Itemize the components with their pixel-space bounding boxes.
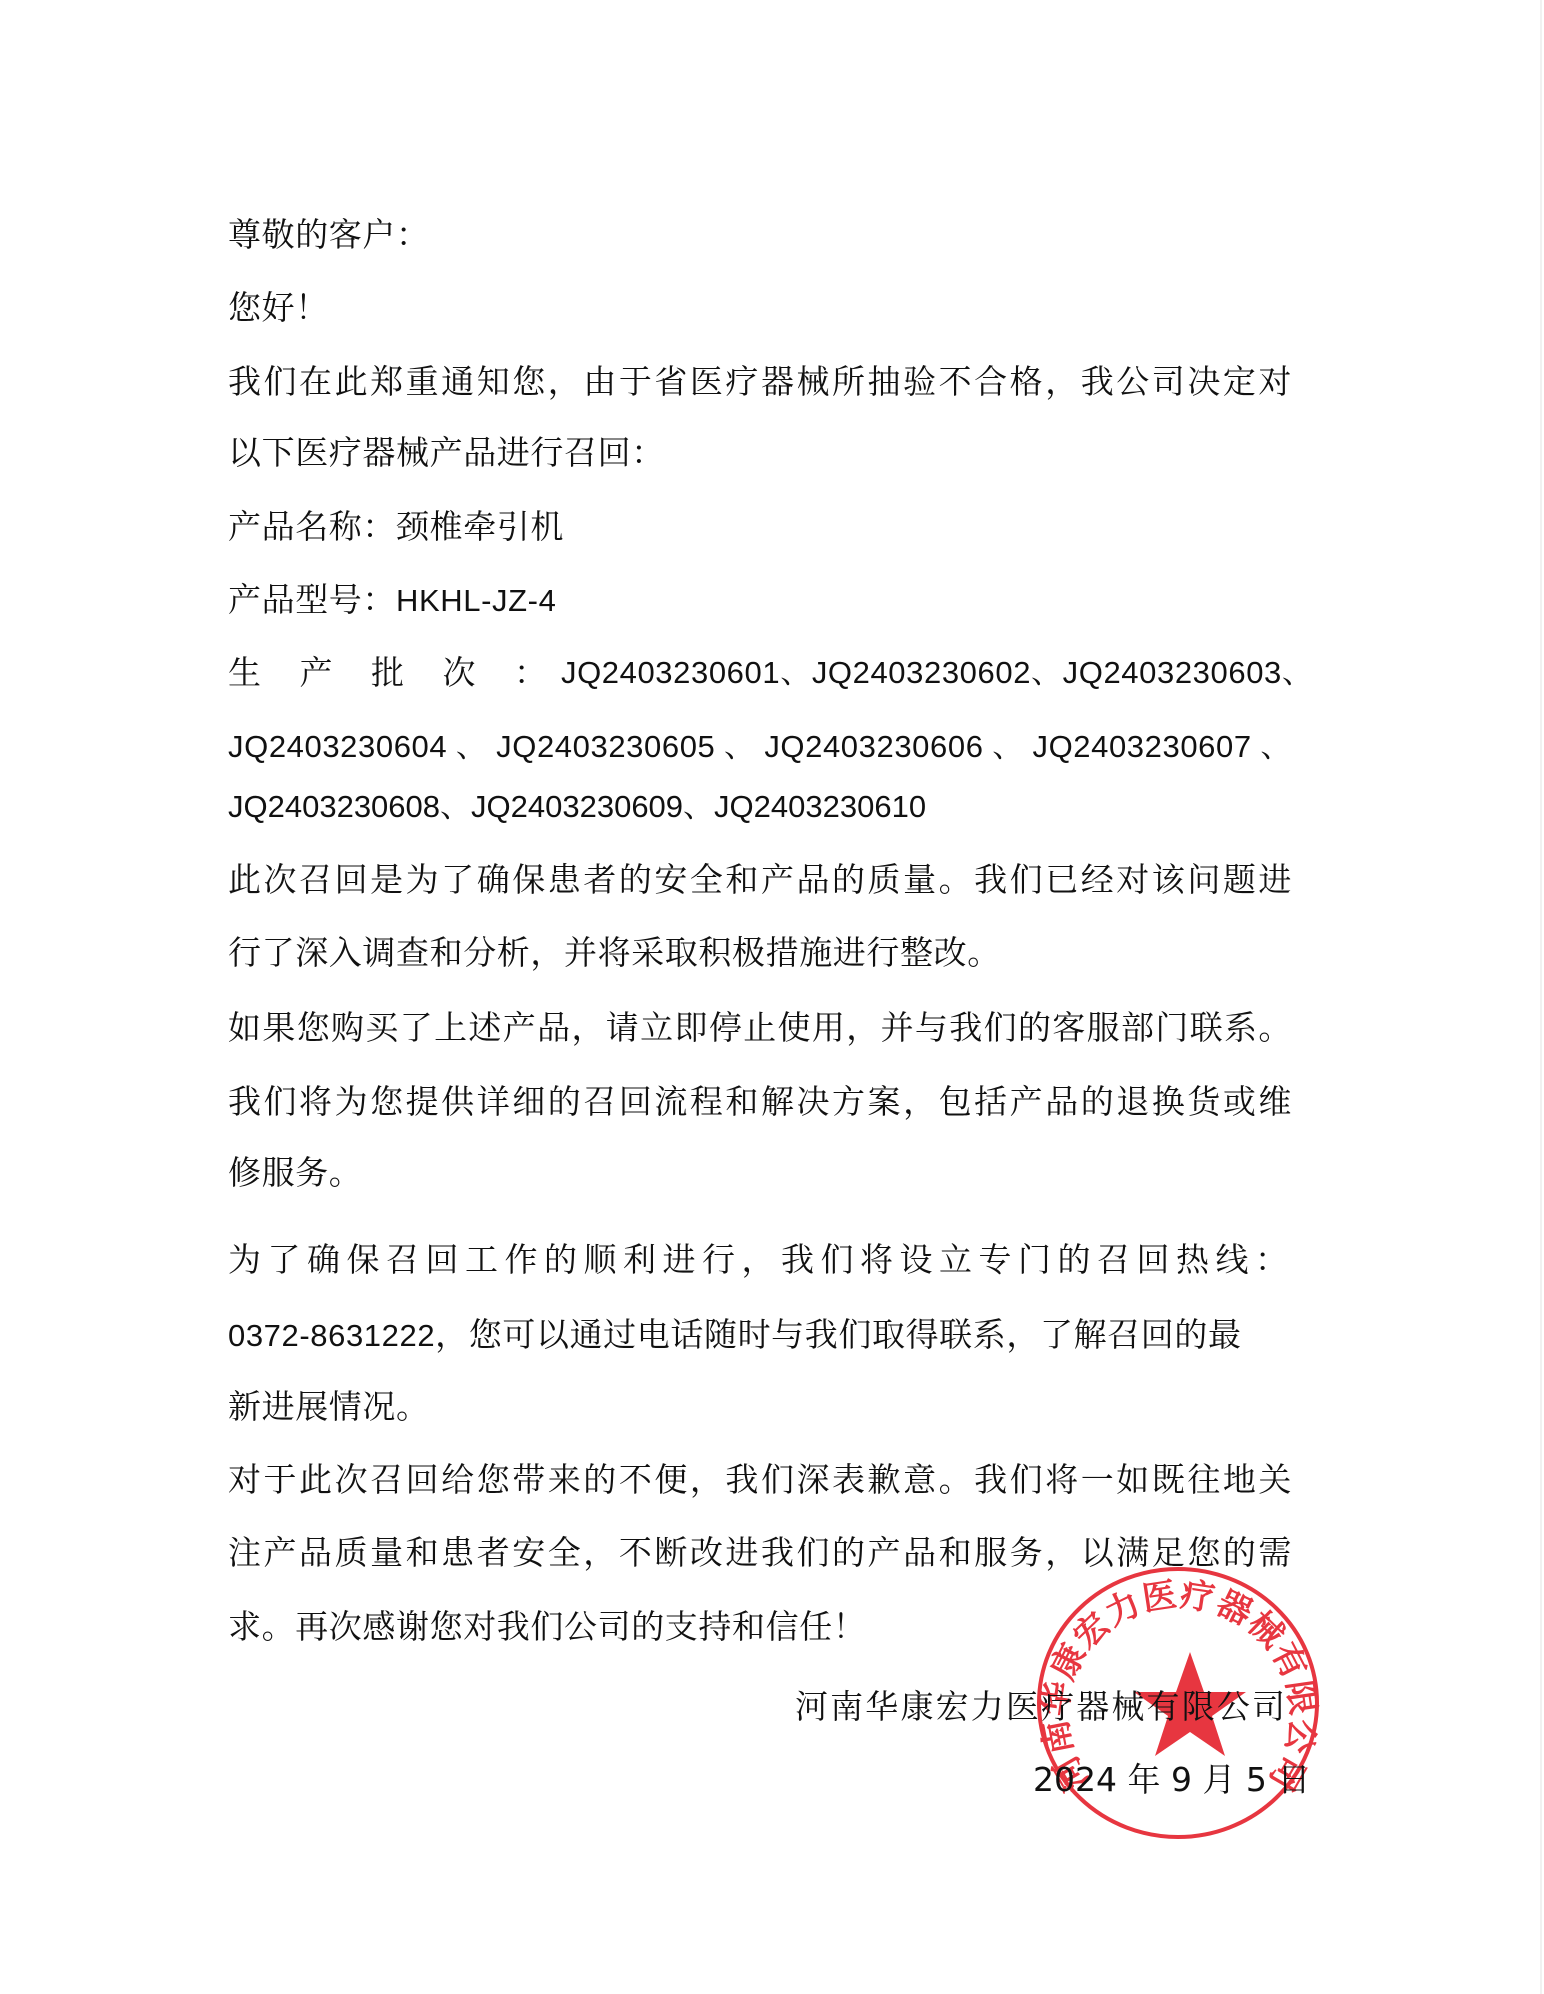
para1-line-2: 行了深入调查和分析，并将采取积极措施进行整改。 [228,931,1292,975]
batch-separator: 、 [1031,651,1063,695]
batch-item: JQ2403230607 [1032,725,1251,769]
recall-notice-page: 尊敬的客户： 您好！ 我们在此郑重通知您，由于省医疗器械所抽验不合格，我公司决定… [0,0,1544,1994]
batch-item: JQ2403230604 [228,725,447,769]
batch-label: 生 产 批 次 ： [228,651,561,695]
para2-line-2: 我们将为您提供详细的召回流程和解决方案，包括产品的退换货或维 [228,1080,1292,1124]
para3-line-3: 新进展情况。 [228,1385,1292,1429]
batch-item: JQ2403230602 [812,651,1031,695]
product-name-label: 产品名称： [228,507,396,546]
para1-line-1: 此次召回是为了确保患者的安全和产品的质量。我们已经对该问题进 [228,858,1292,902]
letter-date: 2024 年 9 月 5 日 [1033,1758,1285,1802]
batch-item: JQ2403230606 [764,725,983,769]
batch-separator: 、 [780,651,812,695]
intro-line-1: 我们在此郑重通知您，由于省医疗器械所抽验不合格，我公司决定对 [228,360,1292,404]
product-name-row: 产品名称：颈椎牵引机 [228,505,1292,549]
batch-row-2: JQ2403230604 、 JQ2403230605 、 JQ24032306… [228,725,1292,769]
batch-separator: 、 [724,725,756,769]
batch-separator: 、 [1282,651,1314,695]
para2-line-1: 如果您购买了上述产品，请立即停止使用，并与我们的客服部门联系。 [228,1006,1292,1050]
batch-separator: 、 [456,725,488,769]
product-model-row: 产品型号：HKHL-JZ-4 [228,578,1292,622]
para2-line-3: 修服务。 [228,1151,1292,1195]
page-edge [1540,0,1542,1994]
product-name-value: 颈椎牵引机 [396,507,564,546]
para4-line-1: 对于此次召回给您带来的不便，我们深表歉意。我们将一如既往地关 [228,1458,1292,1502]
para3-line-1: 为了确保召回工作的顺利进行，我们将设立专门的召回热线： [228,1238,1292,1282]
batch-item: JQ2403230601 [561,651,780,695]
batch-separator: 、 [1260,725,1292,769]
salutation: 尊敬的客户： [228,213,1292,257]
batch-separator: 、 [992,725,1024,769]
batch-row-1: 生 产 批 次 ： JQ2403230601 、 JQ2403230602 、 … [228,651,1292,695]
para3-line-2-text: ，您可以通过电话随时与我们取得联系，了解召回的最 [435,1315,1241,1354]
para3-line-2: 0372-8631222，您可以通过电话随时与我们取得联系，了解召回的最 [228,1313,1292,1357]
product-model-value: HKHL-JZ-4 [396,583,556,618]
greeting: 您好！ [228,286,1292,330]
batch-row-3: JQ2403230608、JQ2403230609、JQ2403230610 [228,785,1292,829]
hotline-number: 0372-8631222 [228,1318,435,1353]
product-model-label: 产品型号： [228,580,396,619]
intro-line-2: 以下医疗器械产品进行召回： [228,431,1292,475]
company-name: 河南华康宏力医疗器械有限公司 [795,1685,1285,1729]
batch-item: JQ2403230605 [496,725,715,769]
batch-item: JQ2403230603 [1063,651,1282,695]
